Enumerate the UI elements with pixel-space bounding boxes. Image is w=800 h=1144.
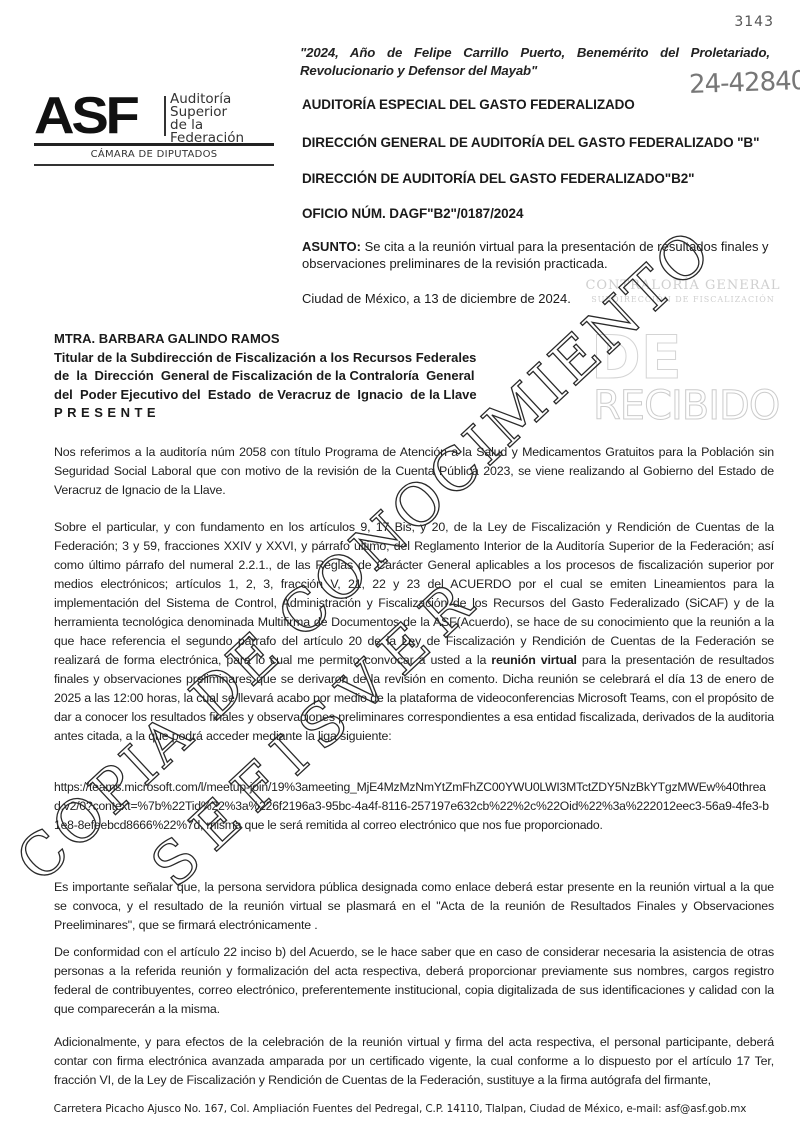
received-stamp: CONTRALORÍA GENERAL SUBDIRECCIÓN DE FISC… xyxy=(583,278,783,428)
unit-general-direction: DIRECCIÓN GENERAL DE AUDITORÍA DEL GASTO… xyxy=(302,135,759,150)
paragraph-electronic-signature: Adicionalmente, y para efectos de la cel… xyxy=(54,1033,774,1090)
logo-divider xyxy=(164,96,166,136)
recipient-title-3: del Poder Ejecutivo del Estado de Veracr… xyxy=(54,386,474,405)
logo-acronym: ASF xyxy=(34,93,137,139)
greeting: PRESENTE xyxy=(54,404,474,423)
footer-address: Carretera Picacho Ajusco No. 167, Col. A… xyxy=(0,1103,800,1115)
meeting-link-note: , misma que le será remitida al correo e… xyxy=(200,818,603,832)
paragraph-attendees: De conformidad con el artículo 22 inciso… xyxy=(54,943,774,1019)
recipient-title-1: Titular de la Subdirección de Fiscalizac… xyxy=(54,349,474,368)
recipient-name: MTRA. BARBARA GALINDO RAMOS xyxy=(54,330,474,349)
subject-label: ASUNTO: xyxy=(302,239,361,254)
paragraph-legal-basis: Sobre el particular, y con fundamento en… xyxy=(54,518,774,746)
recipient-title-2: de la Dirección General de Fiscalización… xyxy=(54,367,474,386)
received-stamp-line2: SUBDIRECCIÓN DE FISCALIZACIÓN xyxy=(583,295,783,304)
logo-name-line3: de la Federación xyxy=(170,119,274,145)
unit-special-audit: AUDITORÍA ESPECIAL DEL GASTO FEDERALIZAD… xyxy=(302,97,635,112)
paragraph-audit-reference: Nos referimos a la auditoría núm 2058 co… xyxy=(54,443,774,500)
year-motto: "2024, Año de Felipe Carrillo Puerto, Be… xyxy=(300,44,770,80)
received-stamp-line1: CONTRALORÍA GENERAL xyxy=(583,278,783,293)
oficio-number: OFICIO NÚM. DAGF"B2"/0187/2024 xyxy=(302,206,523,221)
subject-text: Se cita a la reunión virtual para la pre… xyxy=(302,239,769,271)
received-stamp-word: RECIBIDO xyxy=(593,383,779,429)
meeting-emphasis: reunión virtual xyxy=(491,653,577,667)
recipient-block: MTRA. BARBARA GALINDO RAMOS Titular de l… xyxy=(54,330,474,423)
logo-name: Auditoría Superior de la Federación xyxy=(170,93,274,145)
logo-subtitle: CÁMARA DE DIPUTADOS xyxy=(34,149,274,160)
handwritten-number: 3143 xyxy=(734,14,774,30)
paragraph-legal-basis-text: Sobre el particular, y con fundamento en… xyxy=(54,520,774,667)
logo-rule xyxy=(34,143,274,146)
meeting-link-block: https://teams.microsoft.com/l/meetup-joi… xyxy=(54,778,774,835)
subject: ASUNTO: Se cita a la reunión virtual par… xyxy=(302,238,782,272)
logo-rule-bottom xyxy=(34,164,274,166)
place-date: Ciudad de México, a 13 de diciembre de 2… xyxy=(302,291,571,306)
paragraph-liaison: Es importante señalar que, la persona se… xyxy=(54,878,774,935)
unit-direction: DIRECCIÓN DE AUDITORÍA DEL GASTO FEDERAL… xyxy=(302,171,694,186)
